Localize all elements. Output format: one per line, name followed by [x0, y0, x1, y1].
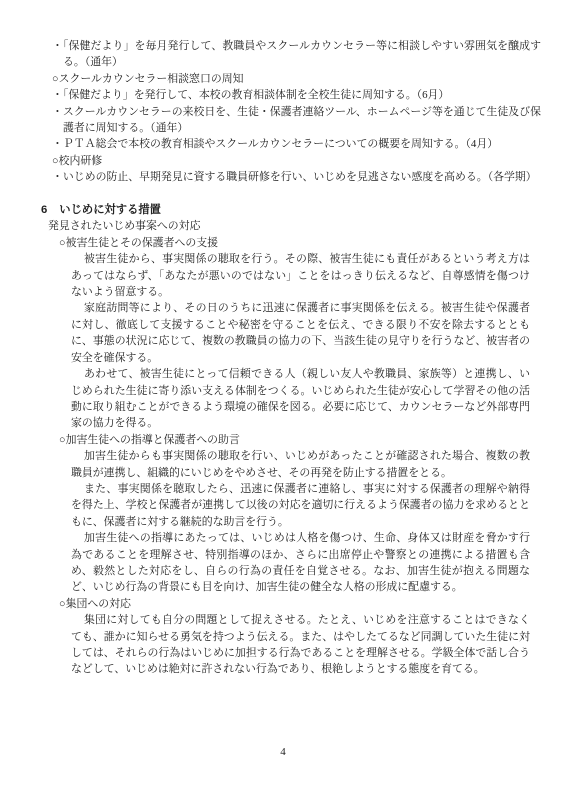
bullet-text: スクールカウンセラーの来校日を、生徒・保護者連絡ツール、ホームページ等を通じて生…	[63, 106, 541, 134]
page-number: 4	[0, 744, 566, 760]
circle-marker: ○	[59, 434, 66, 446]
subsection-heading: ○集団への対応	[59, 596, 541, 612]
bullet-marker: ・	[52, 89, 63, 101]
paragraph: 加害生徒からも事実関係の聴取を行い、いじめがあったことが確認された場合、複数の教…	[71, 448, 530, 481]
section-number: 6	[41, 204, 47, 216]
section-lead: 発見されたいじめ事案への対応	[48, 218, 566, 234]
bullet-marker: ・	[52, 40, 63, 52]
subsection-heading-text: 被害生徒とその保護者への支援	[66, 237, 218, 249]
section-title: いじめに対する措置	[59, 204, 161, 216]
subsection-perpetrator-guidance: ○加害生徒への指導と保護者への助言 加害生徒からも事実関係の聴取を行い、いじめが…	[0, 432, 566, 596]
circle-marker: ○	[52, 73, 59, 85]
circle-marker: ○	[59, 598, 66, 610]
paragraph: また、事実関係を聴取したら、迅速に保護者に連絡し、事実に対する保護者の理解や納得…	[71, 481, 530, 530]
subsection-heading: ○加害生徒への指導と保護者への助言	[59, 432, 541, 448]
bullet-text: 「保健だより」を毎月発行して、教職員やスクールカウンセラー等に相談しやすい雰囲気…	[63, 40, 541, 68]
subsection-heading-text: 加害生徒への指導と保護者への助言	[66, 434, 240, 446]
paragraph: あわせて、被害生徒にとって信頼できる人（親しい友人や教職員、家族等）と連携し、い…	[71, 366, 530, 432]
paragraph: 被害生徒から、事実関係の聴取を行う。その際、被害生徒にも責任があるという考え方は…	[71, 251, 530, 300]
bullet-text: ＰＴＡ総会で本校の教育相談やスクールカウンセラーについての概要を周知する。（4月…	[63, 138, 498, 150]
bullet-item: ・いじめの防止、早期発見に資する職員研修を行い、いじめを見逃さない感度を高める。…	[52, 169, 541, 185]
circle-item: ○スクールカウンセラー相談窓口の周知	[52, 71, 541, 87]
bullet-item: ・ＰＴＡ総会で本校の教育相談やスクールカウンセラーについての概要を周知する。（4…	[52, 136, 541, 152]
subsection-victim-support: ○被害生徒とその保護者への支援 被害生徒から、事実関係の聴取を行う。その際、被害…	[0, 235, 566, 432]
bullet-text: いじめの防止、早期発見に資する職員研修を行い、いじめを見逃さない感度を高める。（…	[63, 171, 537, 183]
circle-item: ○校内研修	[52, 153, 541, 169]
bullet-text: 「保健だより」を発行して、本校の教育相談体制を全校生徒に周知する。（6月）	[63, 89, 449, 101]
circle-text: 校内研修	[59, 155, 103, 167]
subsection-group-response: ○集団への対応 集団に対しても自分の問題として捉えさせる。たとえ、いじめを注意す…	[0, 596, 566, 678]
section-heading: 6いじめに対する措置	[41, 202, 566, 218]
circle-marker: ○	[59, 237, 66, 249]
top-section: ・「保健だより」を毎月発行して、教職員やスクールカウンセラー等に相談しやすい雰囲…	[0, 38, 566, 186]
subsection-heading: ○被害生徒とその保護者への支援	[59, 235, 541, 251]
document-page: ・「保健だより」を毎月発行して、教職員やスクールカウンセラー等に相談しやすい雰囲…	[0, 0, 566, 800]
bullet-marker: ・	[52, 171, 63, 183]
circle-text: スクールカウンセラー相談窓口の周知	[59, 73, 244, 85]
paragraph: 家庭訪問等により、その日のうちに迅速に保護者に事実関係を伝える。被害生徒や保護者…	[71, 300, 530, 366]
paragraph: 加害生徒への指導にあたっては、いじめは人格を傷つけ、生命、身体又は財産を脅かす行…	[71, 530, 530, 596]
bullet-marker: ・	[52, 106, 63, 118]
bullet-marker: ・	[52, 138, 63, 150]
circle-marker: ○	[52, 155, 59, 167]
subsection-heading-text: 集団への対応	[66, 598, 131, 610]
paragraph: 集団に対しても自分の問題として捉えさせる。たとえ、いじめを注意することはできなく…	[71, 612, 530, 678]
bullet-item: ・「保健だより」を毎月発行して、教職員やスクールカウンセラー等に相談しやすい雰囲…	[52, 38, 541, 71]
bullet-item: ・「保健だより」を発行して、本校の教育相談体制を全校生徒に周知する。（6月）	[52, 87, 541, 103]
bullet-item: ・スクールカウンセラーの来校日を、生徒・保護者連絡ツール、ホームページ等を通じて…	[52, 104, 541, 137]
